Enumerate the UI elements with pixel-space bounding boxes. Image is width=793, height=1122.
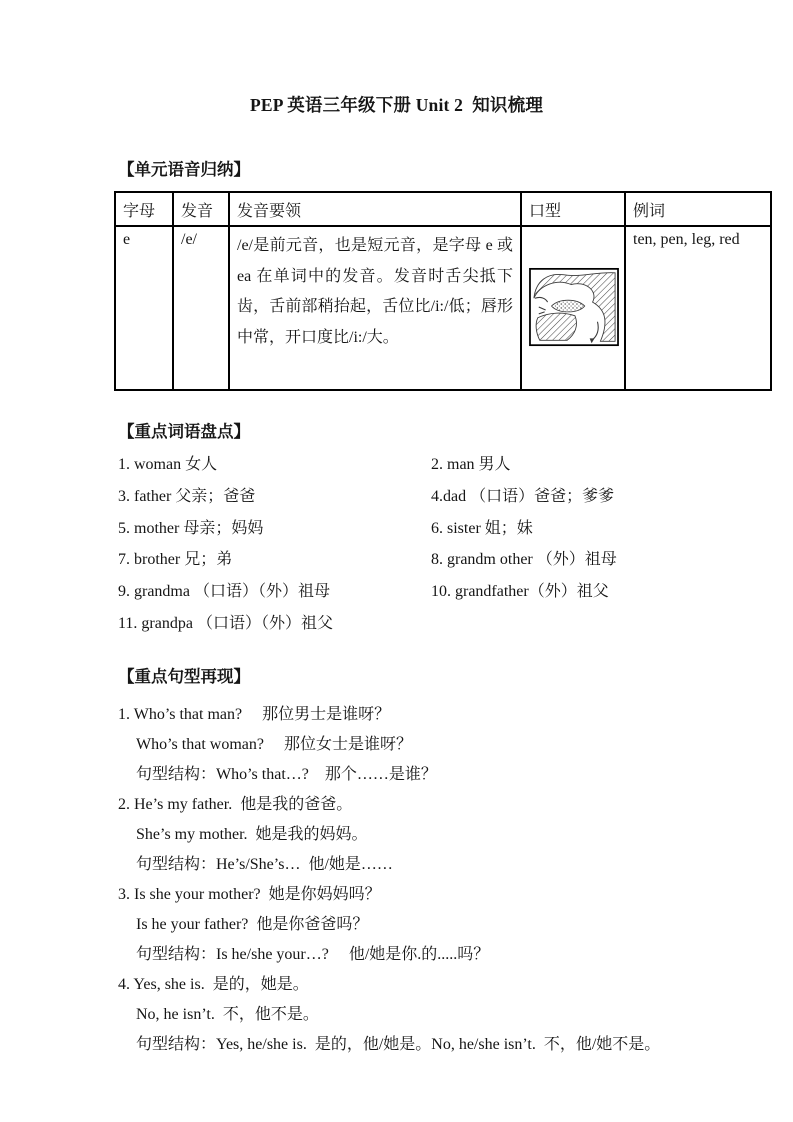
word-row: 11. grandpa （口语）（外）祖父 <box>0 610 793 642</box>
word-list: 1. woman 女人 2. man 男人 3. father 父亲；爸爸 4.… <box>0 451 793 642</box>
word-item-11: 11. grandpa （口语）（外）祖父 <box>118 610 333 633</box>
sentence-line: She’s my mother. 她是我的妈妈。 <box>0 820 793 850</box>
cell-examples: ten, pen, leg, red <box>625 226 771 390</box>
cell-essentials: /e/是前元音，也是短元音，是字母 e 或 ea 在单词中的发音。发音时舌尖抵下… <box>229 226 521 390</box>
cell-mouth <box>521 226 625 390</box>
section-heading-phonics: 【单元语音归纳】 <box>118 156 793 180</box>
word-row: 3. father 父亲；爸爸 4.dad （口语）爸爸；爹爹 <box>0 483 793 515</box>
word-item-1: 1. woman 女人 <box>118 451 217 474</box>
header-sound: 发音 <box>173 192 229 226</box>
section-heading-words: 【重点词语盘点】 <box>118 418 793 442</box>
header-essentials: 发音要领 <box>229 192 521 226</box>
sentence-pattern-line: 句型结构：Who’s that…? 那个……是谁？ <box>0 760 793 790</box>
section-heading-sentences: 【重点句型再现】 <box>118 663 793 687</box>
sentence-line: 4. Yes, she is. 是的，她是。 <box>0 970 793 1000</box>
word-row: 5. mother 母亲；妈妈 6. sister 姐；妹 <box>0 515 793 547</box>
word-item-4: 4.dad （口语）爸爸；爹爹 <box>431 483 614 506</box>
word-row: 9. grandma （口语）（外）祖母 10. grandfather（外）祖… <box>0 578 793 610</box>
sentence-line: 1. Who’s that man? 那位男士是谁呀？ <box>0 700 793 730</box>
document-page: PEP 英语三年级下册 Unit 2 知识梳理 【单元语音归纳】 字母 发音 发… <box>0 0 793 1122</box>
word-item-9: 9. grandma （口语）（外）祖母 <box>118 578 330 601</box>
sentence-pattern-line: 句型结构：Is he/she your…? 他/她是你.的.....吗？ <box>0 940 793 970</box>
header-examples: 例词 <box>625 192 771 226</box>
page-title: PEP 英语三年级下册 Unit 2 知识梳理 <box>0 0 793 117</box>
sentence-list: 1. Who’s that man? 那位男士是谁呀？ Who’s that w… <box>0 700 793 1060</box>
sentence-line: No, he isn’t. 不，他不是。 <box>0 1000 793 1030</box>
sentence-line: Is he your father? 他是你爸爸吗？ <box>0 910 793 940</box>
word-item-3: 3. father 父亲；爸爸 <box>118 483 255 506</box>
word-item-5: 5. mother 母亲；妈妈 <box>118 515 263 538</box>
phonics-table: 字母 发音 发音要领 口型 例词 e /e/ /e/是前元音，也是短元音，是字母… <box>114 191 772 391</box>
word-row: 7. brother 兄；弟 8. grandm other （外）祖母 <box>0 546 793 578</box>
phonics-table-data-row: e /e/ /e/是前元音，也是短元音，是字母 e 或 ea 在单词中的发音。发… <box>115 226 771 390</box>
sentence-pattern-line: 句型结构：He’s/She’s… 他/她是…… <box>0 850 793 880</box>
header-mouth: 口型 <box>521 192 625 226</box>
word-item-6: 6. sister 姐；妹 <box>431 515 533 538</box>
word-item-7: 7. brother 兄；弟 <box>118 546 232 569</box>
sentence-pattern-line: 句型结构：Yes, he/she is. 是的，他/她是。No, he/she … <box>0 1030 793 1060</box>
word-item-2: 2. man 男人 <box>431 451 511 474</box>
cell-sound: /e/ <box>173 226 229 390</box>
word-item-10: 10. grandfather（外）祖父 <box>431 578 609 601</box>
cell-letter: e <box>115 226 173 390</box>
sentence-line: Who’s that woman? 那位女士是谁呀？ <box>0 730 793 760</box>
word-row: 1. woman 女人 2. man 男人 <box>0 451 793 483</box>
sentence-line: 3. Is she your mother? 她是你妈妈吗？ <box>0 880 793 910</box>
mouth-articulation-diagram <box>529 267 619 349</box>
header-letter: 字母 <box>115 192 173 226</box>
phonics-table-header-row: 字母 发音 发音要领 口型 例词 <box>115 192 771 226</box>
word-item-8: 8. grandm other （外）祖母 <box>431 546 617 569</box>
sentence-line: 2. He’s my father. 他是我的爸爸。 <box>0 790 793 820</box>
